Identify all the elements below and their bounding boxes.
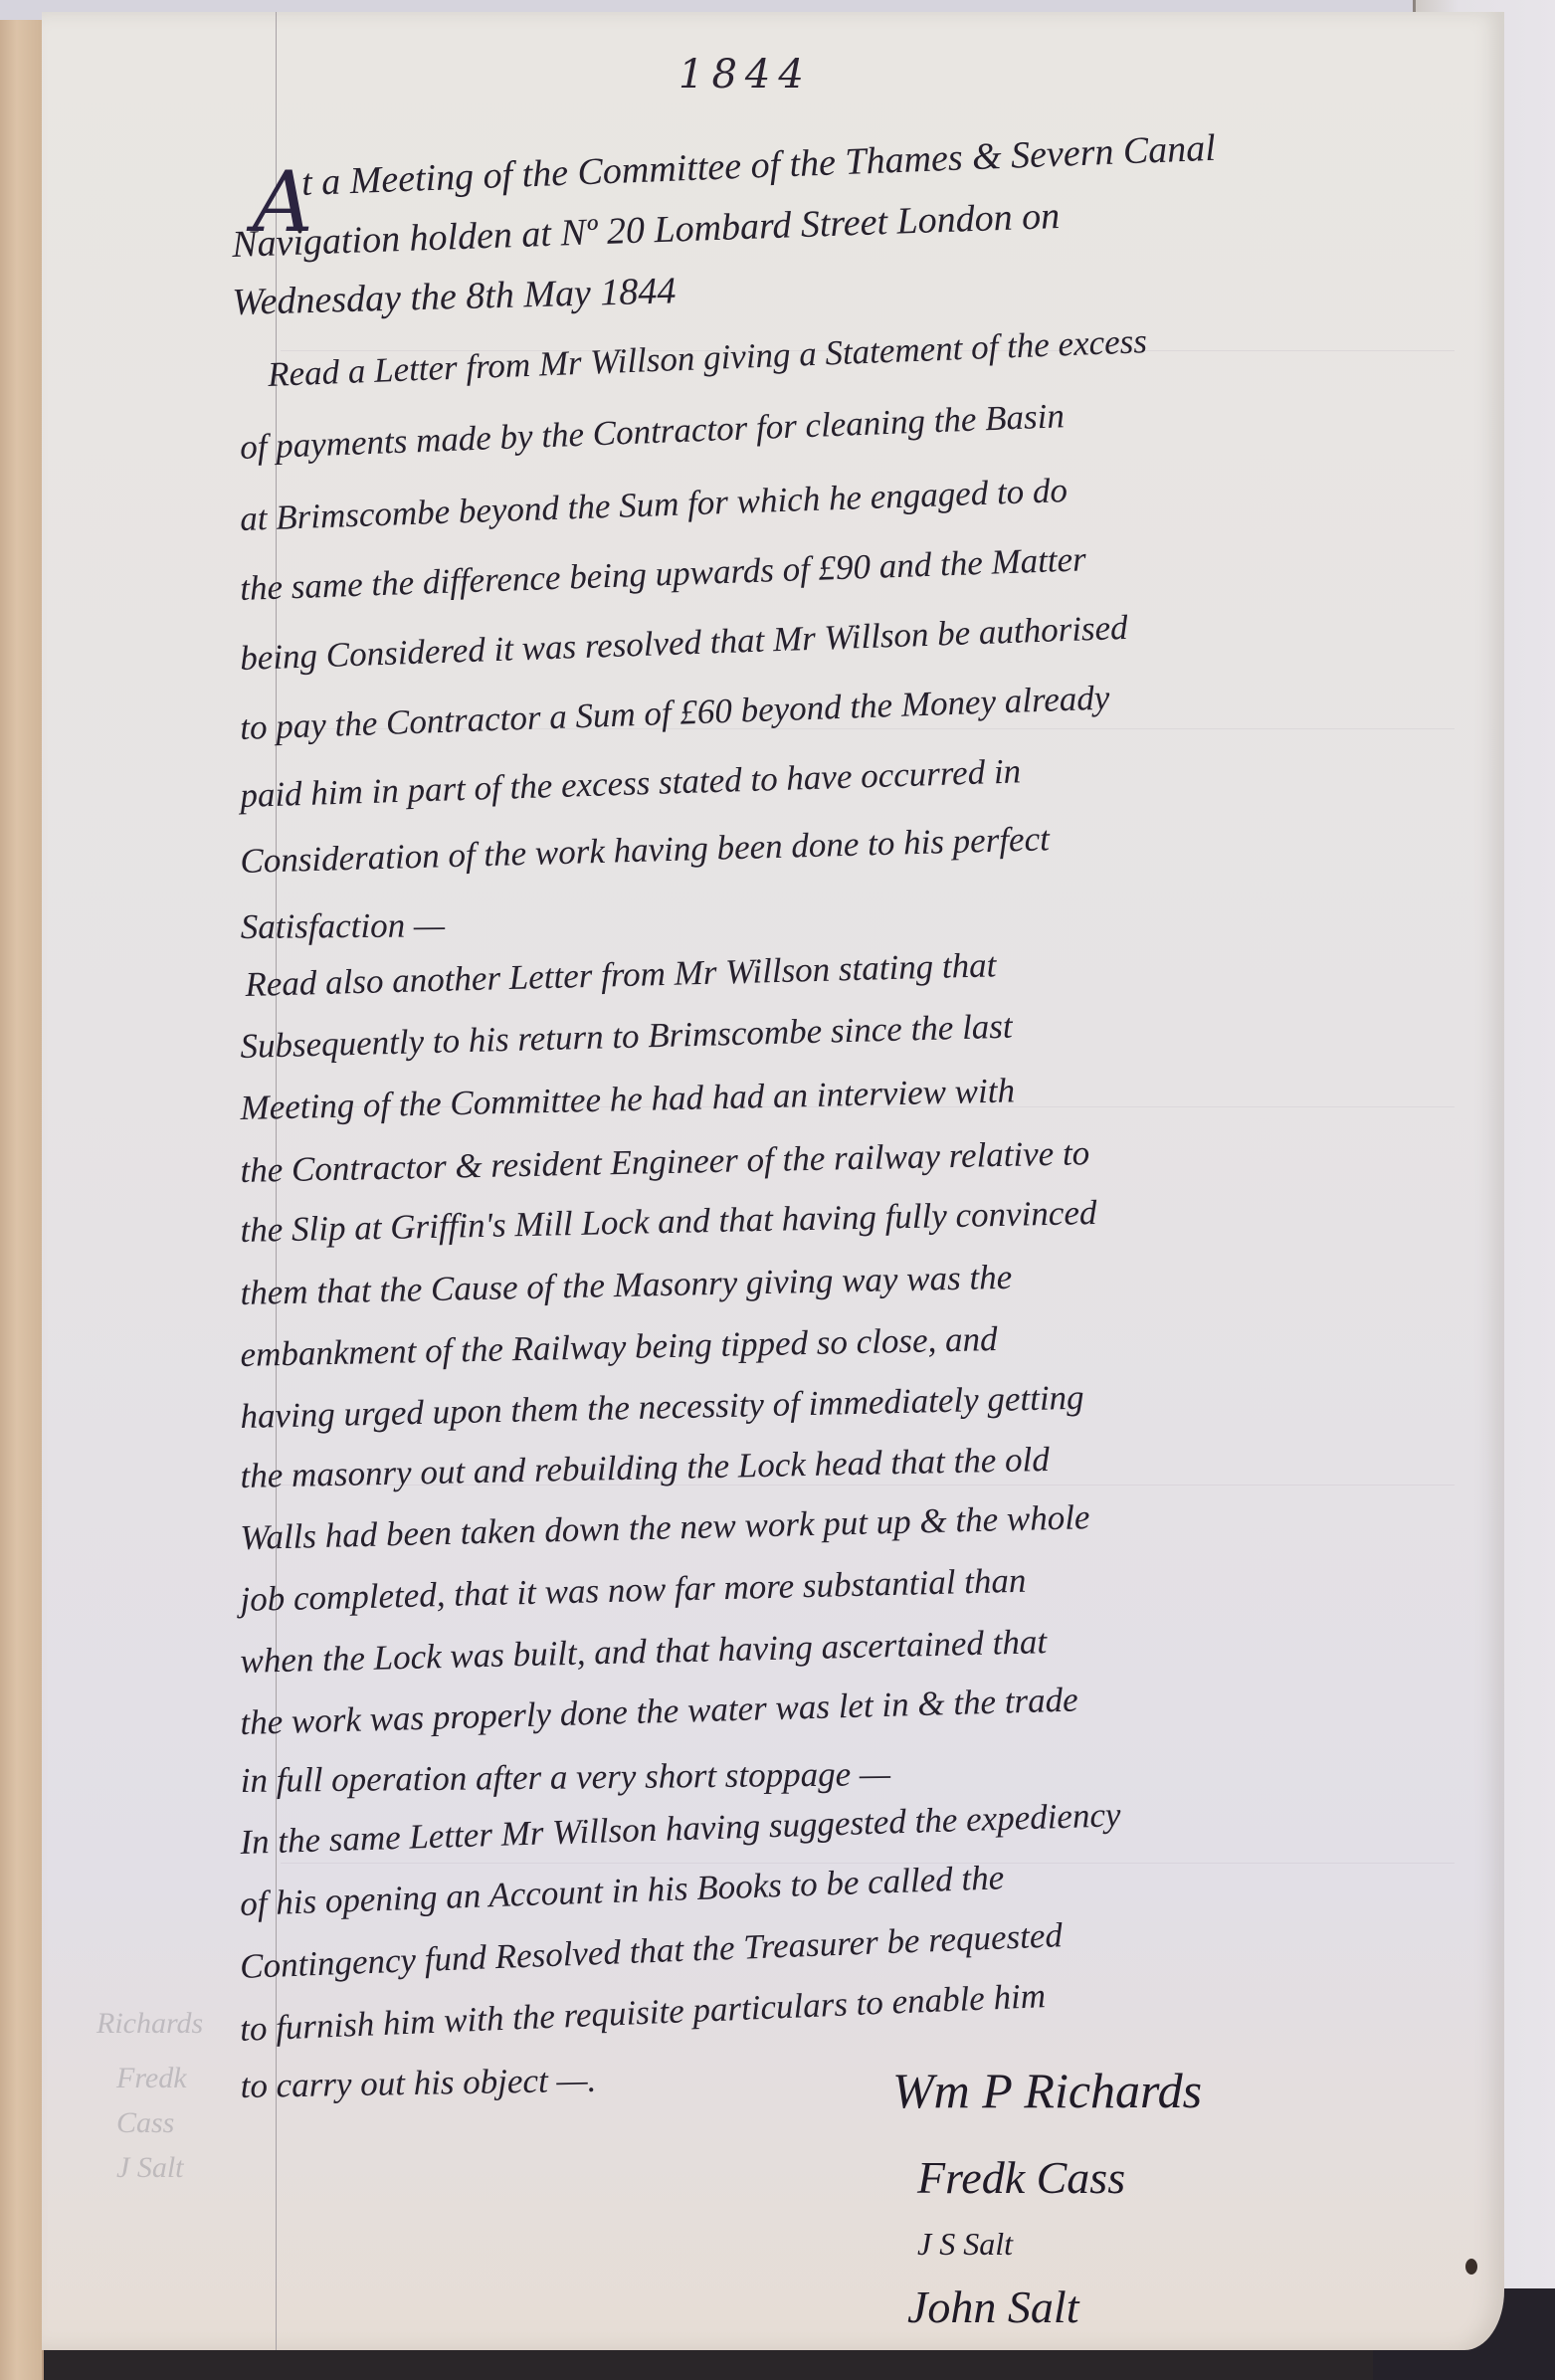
body-line: Subsequently to his return to Brimscombe…: [240, 1007, 1013, 1067]
body-line: Contingency fund Resolved that the Treas…: [239, 1915, 1063, 1987]
book-spine: [0, 20, 44, 2380]
body-line: having urged upon them the necessity of …: [240, 1378, 1084, 1437]
body-line: to furnish him with the requisite partic…: [239, 1976, 1046, 2050]
body-line: at Brimscombe beyond the Sum for which h…: [240, 471, 1069, 539]
year-heading: 1844: [679, 52, 812, 98]
margin-pencil-note: J Salt: [116, 2151, 184, 2185]
body-line: them that the Cause of the Masonry givin…: [240, 1258, 1012, 1313]
manuscript-page: 1844 A t a Meeting of the Committee of t…: [42, 12, 1504, 2350]
body-line: Walls had been taken down the new work p…: [240, 1497, 1090, 1558]
heading-line: Navigation holden at Nº 20 Lombard Stree…: [231, 194, 1060, 267]
body-line: Satisfaction —: [241, 905, 445, 947]
margin-pencil-note: Fredk: [116, 2062, 187, 2095]
body-line: job completed, that it was now far more …: [240, 1561, 1027, 1620]
body-line: when the Lock was built, and that having…: [240, 1622, 1048, 1682]
body-line: In the same Letter Mr Willson having sug…: [240, 1795, 1121, 1863]
body-line: in full operation after a very short sto…: [241, 1754, 891, 1801]
margin-pencil-note: Richards: [97, 2007, 203, 2041]
signature: J S Salt: [917, 2226, 1013, 2263]
signature: John Salt: [907, 2281, 1078, 2333]
ink-blot: [1465, 2259, 1477, 2275]
body-line: of payments made by the Contractor for c…: [239, 396, 1065, 468]
body-line: the Contractor & resident Engineer of th…: [240, 1133, 1089, 1191]
body-line: Read also another Letter from Mr Willson…: [245, 945, 997, 1005]
body-line: Consideration of the work having been do…: [240, 819, 1050, 882]
body-line: being Considered it was resolved that Mr…: [240, 608, 1129, 679]
body-line: of his opening an Account in his Books t…: [240, 1858, 1005, 1924]
body-line: embankment of the Railway being tipped s…: [240, 1319, 998, 1375]
body-line: the masonry out and rebuilding the Lock …: [240, 1440, 1050, 1496]
heading-line: t a Meeting of the Committee of the Tham…: [300, 126, 1216, 205]
margin-pencil-note: Cass: [116, 2106, 174, 2140]
body-line: Meeting of the Committee he had had an i…: [240, 1071, 1015, 1128]
signature: Wm P Richards: [892, 2062, 1202, 2119]
signature: Fredk Cass: [917, 2151, 1125, 2204]
heading-line: Wednesday the 8th May 1844: [232, 269, 677, 324]
body-line: the Slip at Griffin's Mill Lock and that…: [240, 1193, 1097, 1251]
body-line: the same the difference being upwards of…: [240, 539, 1087, 609]
body-line: the work was properly done the water was…: [240, 1680, 1078, 1743]
body-line: paid him in part of the excess stated to…: [240, 751, 1022, 816]
body-line: to carry out his object —.: [240, 2061, 596, 2106]
body-line: Read a Letter from Mr Willson giving a S…: [267, 321, 1147, 395]
body-line: to pay the Contractor a Sum of £60 beyon…: [240, 679, 1110, 748]
